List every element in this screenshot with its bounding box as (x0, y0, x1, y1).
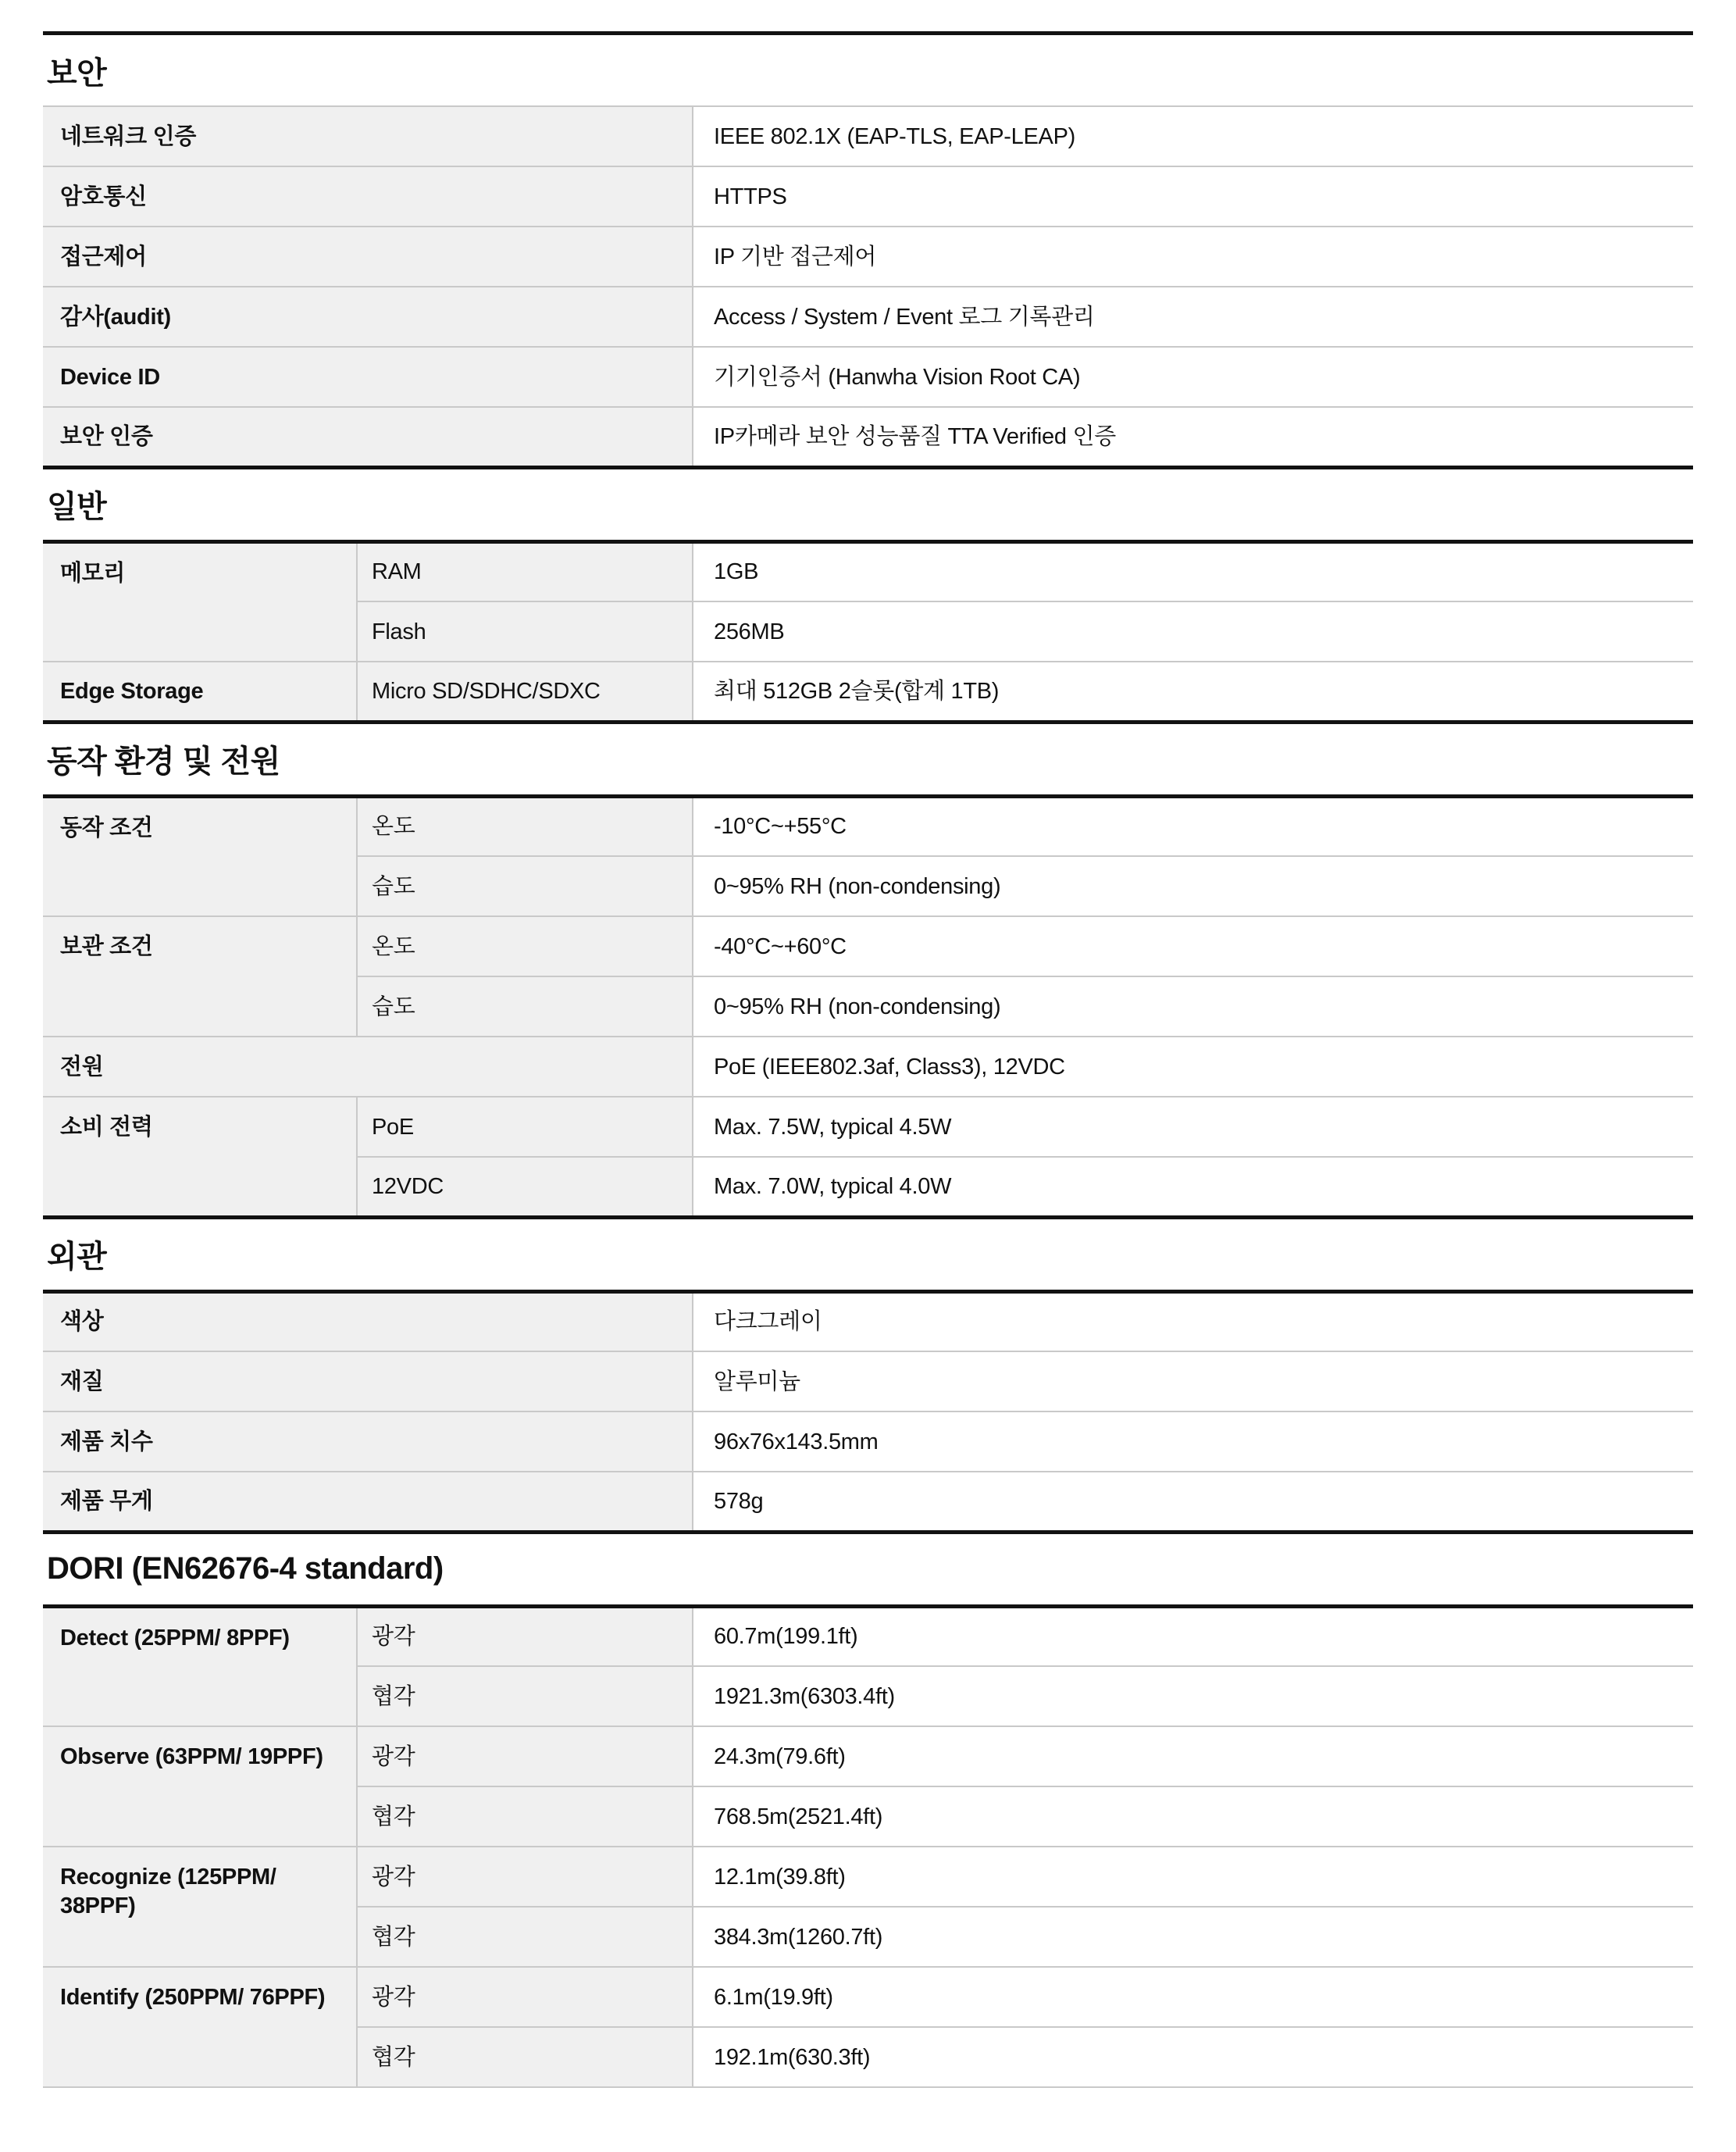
row-sub-cell: 협각 (357, 1907, 693, 1967)
row-label-cell: 보관 조건 (43, 916, 357, 1037)
spec-table-body: 메모리RAM1GBFlash256MBEdge StorageMicro SD/… (43, 541, 1693, 722)
spec-table: 색상다크그레이재질알루미늄제품 치수96x76x143.5mm제품 무게578g (43, 1290, 1693, 1534)
row-value-cell: IEEE 802.1X (EAP-TLS, EAP-LEAP) (693, 106, 1693, 166)
row-value-cell: 24.3m(79.6ft) (693, 1726, 1693, 1786)
row-label-cell: Edge Storage (43, 662, 357, 722)
row-value-cell: Max. 7.5W, typical 4.5W (693, 1097, 1693, 1157)
table-row: 메모리RAM1GB (43, 541, 1693, 601)
row-value-cell: 0~95% RH (non-condensing) (693, 976, 1693, 1037)
row-sub-cell: 광각 (357, 1606, 693, 1666)
row-sub-cell: PoE (357, 1097, 693, 1157)
row-sub-cell: 습도 (357, 976, 693, 1037)
row-value-cell: 1GB (693, 541, 1693, 601)
row-value-cell: -10°C~+55°C (693, 796, 1693, 856)
row-value-cell: -40°C~+60°C (693, 916, 1693, 976)
table-row: 제품 무게578g (43, 1472, 1693, 1532)
row-sub-cell: Flash (357, 601, 693, 662)
row-value-cell: 6.1m(19.9ft) (693, 1967, 1693, 2027)
table-row: 감사(audit)Access / System / Event 로그 기록관리 (43, 287, 1693, 347)
row-value-cell: Access / System / Event 로그 기록관리 (693, 287, 1693, 347)
section-title: 외관 (43, 1219, 1693, 1290)
row-value-cell: 1921.3m(6303.4ft) (693, 1666, 1693, 1726)
section-title: 보안 (43, 35, 1693, 105)
row-label-cell: Identify (250PPM/ 76PPF) (43, 1967, 357, 2087)
row-value-cell: 기기인증서 (Hanwha Vision Root CA) (693, 347, 1693, 407)
row-label-cell: 접근제어 (43, 227, 693, 287)
spec-table-body: 색상다크그레이재질알루미늄제품 치수96x76x143.5mm제품 무게578g (43, 1291, 1693, 1532)
row-label-cell: 소비 전력 (43, 1097, 357, 1217)
row-value-cell: 0~95% RH (non-condensing) (693, 856, 1693, 916)
row-label-cell: Recognize (125PPM/ 38PPF) (43, 1847, 357, 1967)
row-value-cell: IP 기반 접근제어 (693, 227, 1693, 287)
row-sub-cell: 협각 (357, 1666, 693, 1726)
row-sub-cell: Micro SD/SDHC/SDXC (357, 662, 693, 722)
row-label-cell: 보안 인증 (43, 407, 693, 467)
row-sub-cell: 광각 (357, 1967, 693, 2027)
row-label-cell: 메모리 (43, 541, 357, 662)
row-label-cell: 색상 (43, 1291, 693, 1351)
row-sub-cell: 협각 (357, 2027, 693, 2087)
sections-root: 보안 네트워크 인증IEEE 802.1X (EAP-TLS, EAP-LEAP… (43, 35, 1693, 2088)
row-label-cell: 네트워크 인증 (43, 106, 693, 166)
row-sub-cell: RAM (357, 541, 693, 601)
table-row: 보관 조건온도-40°C~+60°C (43, 916, 1693, 976)
table-row: 암호통신HTTPS (43, 166, 1693, 227)
spec-section: 일반 메모리RAM1GBFlash256MBEdge StorageMicro … (43, 469, 1693, 724)
spec-table-body: 동작 조건온도-10°C~+55°C습도0~95% RH (non-conden… (43, 796, 1693, 1217)
row-value-cell: 12.1m(39.8ft) (693, 1847, 1693, 1907)
row-value-cell: HTTPS (693, 166, 1693, 227)
row-sub-cell: 습도 (357, 856, 693, 916)
spec-table: 네트워크 인증IEEE 802.1X (EAP-TLS, EAP-LEAP)암호… (43, 105, 1693, 469)
spec-table: Detect (25PPM/ 8PPF)광각60.7m(199.1ft)협각19… (43, 1604, 1693, 2089)
row-value-cell: 60.7m(199.1ft) (693, 1606, 1693, 1666)
table-row: 제품 치수96x76x143.5mm (43, 1411, 1693, 1472)
row-value-cell: 768.5m(2521.4ft) (693, 1786, 1693, 1847)
row-label-cell: Device ID (43, 347, 693, 407)
table-row: 동작 조건온도-10°C~+55°C (43, 796, 1693, 856)
table-row: 네트워크 인증IEEE 802.1X (EAP-TLS, EAP-LEAP) (43, 106, 1693, 166)
row-value-cell: Max. 7.0W, typical 4.0W (693, 1157, 1693, 1217)
row-sub-cell: 광각 (357, 1726, 693, 1786)
row-label-cell: 암호통신 (43, 166, 693, 227)
table-row: 접근제어IP 기반 접근제어 (43, 227, 1693, 287)
table-row: Recognize (125PPM/ 38PPF)광각12.1m(39.8ft) (43, 1847, 1693, 1907)
row-value-cell: PoE (IEEE802.3af, Class3), 12VDC (693, 1037, 1693, 1097)
row-label-cell: 전원 (43, 1037, 693, 1097)
row-value-cell: 알루미늄 (693, 1351, 1693, 1411)
spec-section: 보안 네트워크 인증IEEE 802.1X (EAP-TLS, EAP-LEAP… (43, 35, 1693, 469)
spec-table: 메모리RAM1GBFlash256MBEdge StorageMicro SD/… (43, 540, 1693, 724)
table-row: 색상다크그레이 (43, 1291, 1693, 1351)
section-title: DORI (EN62676-4 standard) (43, 1534, 1693, 1604)
row-value-cell: 192.1m(630.3ft) (693, 2027, 1693, 2087)
row-value-cell: 최대 512GB 2슬롯(합계 1TB) (693, 662, 1693, 722)
row-sub-cell: 광각 (357, 1847, 693, 1907)
row-sub-cell: 온도 (357, 916, 693, 976)
section-title: 일반 (43, 469, 1693, 540)
row-value-cell: IP카메라 보안 성능품질 TTA Verified 인증 (693, 407, 1693, 467)
row-label-cell: Observe (63PPM/ 19PPF) (43, 1726, 357, 1847)
table-row: Edge StorageMicro SD/SDHC/SDXC최대 512GB 2… (43, 662, 1693, 722)
row-value-cell: 96x76x143.5mm (693, 1411, 1693, 1472)
row-label-cell: 감사(audit) (43, 287, 693, 347)
table-row: 보안 인증IP카메라 보안 성능품질 TTA Verified 인증 (43, 407, 1693, 467)
spec-sheet-page: 보안 네트워크 인증IEEE 802.1X (EAP-TLS, EAP-LEAP… (0, 0, 1736, 2152)
row-label-cell: Detect (25PPM/ 8PPF) (43, 1606, 357, 1726)
row-value-cell: 578g (693, 1472, 1693, 1532)
table-row: Identify (250PPM/ 76PPF)광각6.1m(19.9ft) (43, 1967, 1693, 2027)
table-row: 재질알루미늄 (43, 1351, 1693, 1411)
spec-table: 동작 조건온도-10°C~+55°C습도0~95% RH (non-conden… (43, 794, 1693, 1219)
row-sub-cell: 협각 (357, 1786, 693, 1847)
row-label-cell: 동작 조건 (43, 796, 357, 916)
table-row: Detect (25PPM/ 8PPF)광각60.7m(199.1ft) (43, 1606, 1693, 1666)
spec-section: DORI (EN62676-4 standard) Detect (25PPM/… (43, 1534, 1693, 2089)
table-row: 소비 전력PoEMax. 7.5W, typical 4.5W (43, 1097, 1693, 1157)
spec-table-body: 네트워크 인증IEEE 802.1X (EAP-TLS, EAP-LEAP)암호… (43, 106, 1693, 467)
spec-table-body: Detect (25PPM/ 8PPF)광각60.7m(199.1ft)협각19… (43, 1606, 1693, 2087)
spec-section: 외관 색상다크그레이재질알루미늄제품 치수96x76x143.5mm제품 무게5… (43, 1219, 1693, 1534)
row-sub-cell: 온도 (357, 796, 693, 856)
table-row: Observe (63PPM/ 19PPF)광각24.3m(79.6ft) (43, 1726, 1693, 1786)
spec-section: 동작 환경 및 전원 동작 조건온도-10°C~+55°C습도0~95% RH … (43, 724, 1693, 1219)
table-row: 전원PoE (IEEE802.3af, Class3), 12VDC (43, 1037, 1693, 1097)
row-sub-cell: 12VDC (357, 1157, 693, 1217)
row-label-cell: 제품 무게 (43, 1472, 693, 1532)
row-value-cell: 256MB (693, 601, 1693, 662)
table-row: Device ID기기인증서 (Hanwha Vision Root CA) (43, 347, 1693, 407)
section-title: 동작 환경 및 전원 (43, 724, 1693, 794)
row-label-cell: 재질 (43, 1351, 693, 1411)
row-value-cell: 다크그레이 (693, 1291, 1693, 1351)
row-label-cell: 제품 치수 (43, 1411, 693, 1472)
row-value-cell: 384.3m(1260.7ft) (693, 1907, 1693, 1967)
